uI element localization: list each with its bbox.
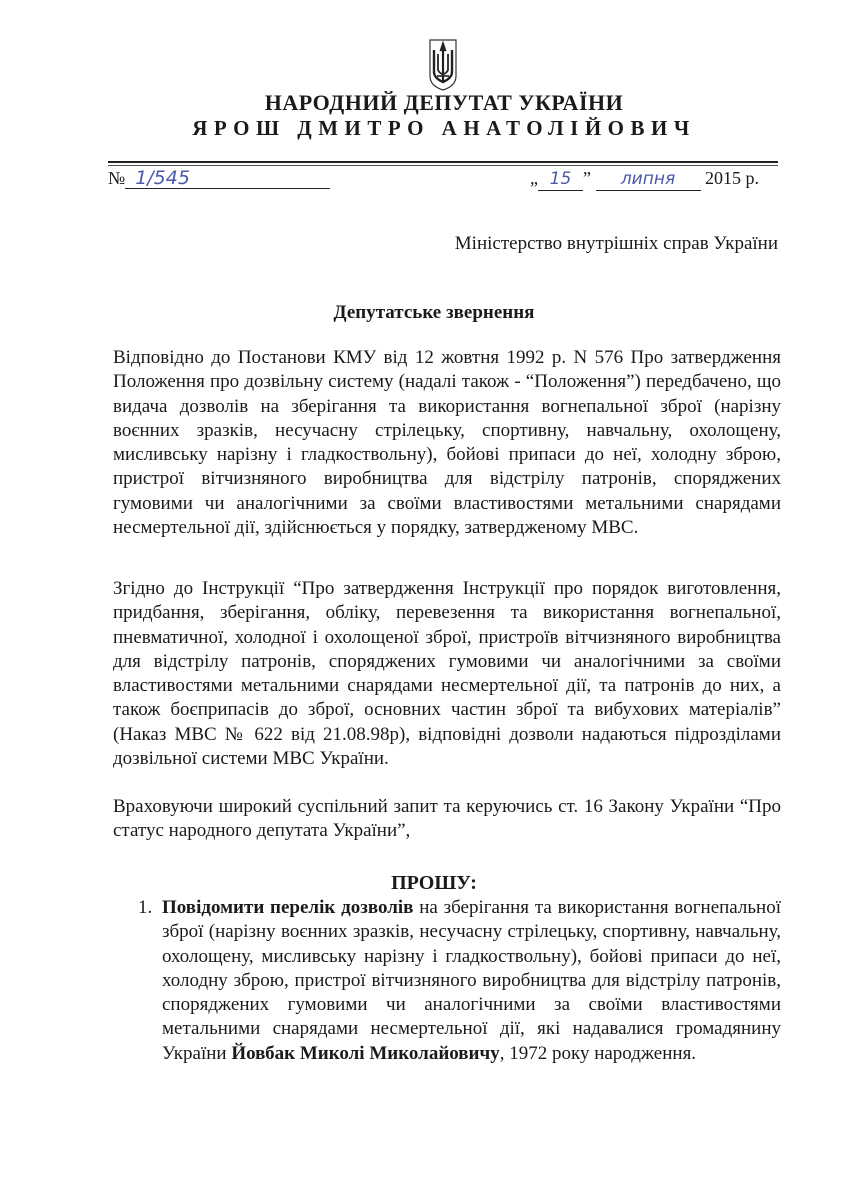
request-item-tail: , 1972 року народження. (500, 1043, 696, 1064)
outgoing-number: №1/545 (108, 168, 330, 190)
request-item-body: Повідомити перелік дозволів на зберіганн… (162, 896, 781, 1066)
request-heading: ПРОШУ: (0, 872, 848, 895)
date-close-quote: ” (583, 168, 591, 188)
request-item-lead: Повідомити перелік дозволів (162, 897, 413, 918)
document-title: Депутатське звернення (0, 302, 848, 324)
request-item: 1. Повідомити перелік дозволів на зберіг… (138, 896, 781, 1066)
number-label: № (108, 168, 125, 189)
document-date: „15” липня 2015 р. (530, 168, 759, 190)
document-page: НАРОДНИЙ ДЕПУТАТ УКРАЇНИ ЯРОШ ДМИТРО АНА… (0, 0, 848, 1200)
header-divider (108, 161, 778, 163)
request-item-text: на зберігання та використання вогнепальн… (162, 897, 781, 1064)
paragraph-1: Відповідно до Постанови КМУ від 12 жовтн… (113, 346, 781, 540)
paragraph-2: Згідно до Інструкції “Про затвердження І… (113, 577, 781, 771)
request-item-person: Йовбак Миколі Миколайовичу (231, 1043, 499, 1064)
header-divider-thin (108, 165, 778, 166)
date-open-quote: „ (530, 168, 538, 188)
number-value-handwritten: 1/545 (125, 169, 330, 189)
request-item-number: 1. (138, 896, 152, 920)
trident-coat-of-arms-icon (428, 38, 458, 92)
date-day-handwritten: 15 (538, 170, 583, 191)
sender-name: ЯРОШ ДМИТРО АНАТОЛІЙОВИЧ (0, 116, 848, 141)
date-month-handwritten: липня (596, 170, 701, 191)
date-year: 2015 р. (705, 168, 759, 188)
sender-title: НАРОДНИЙ ДЕПУТАТ УКРАЇНИ (0, 90, 848, 116)
addressee: Міністерство внутрішніх справ України (455, 233, 778, 255)
paragraph-3: Враховуючи широкий суспільний запит та к… (113, 795, 781, 844)
